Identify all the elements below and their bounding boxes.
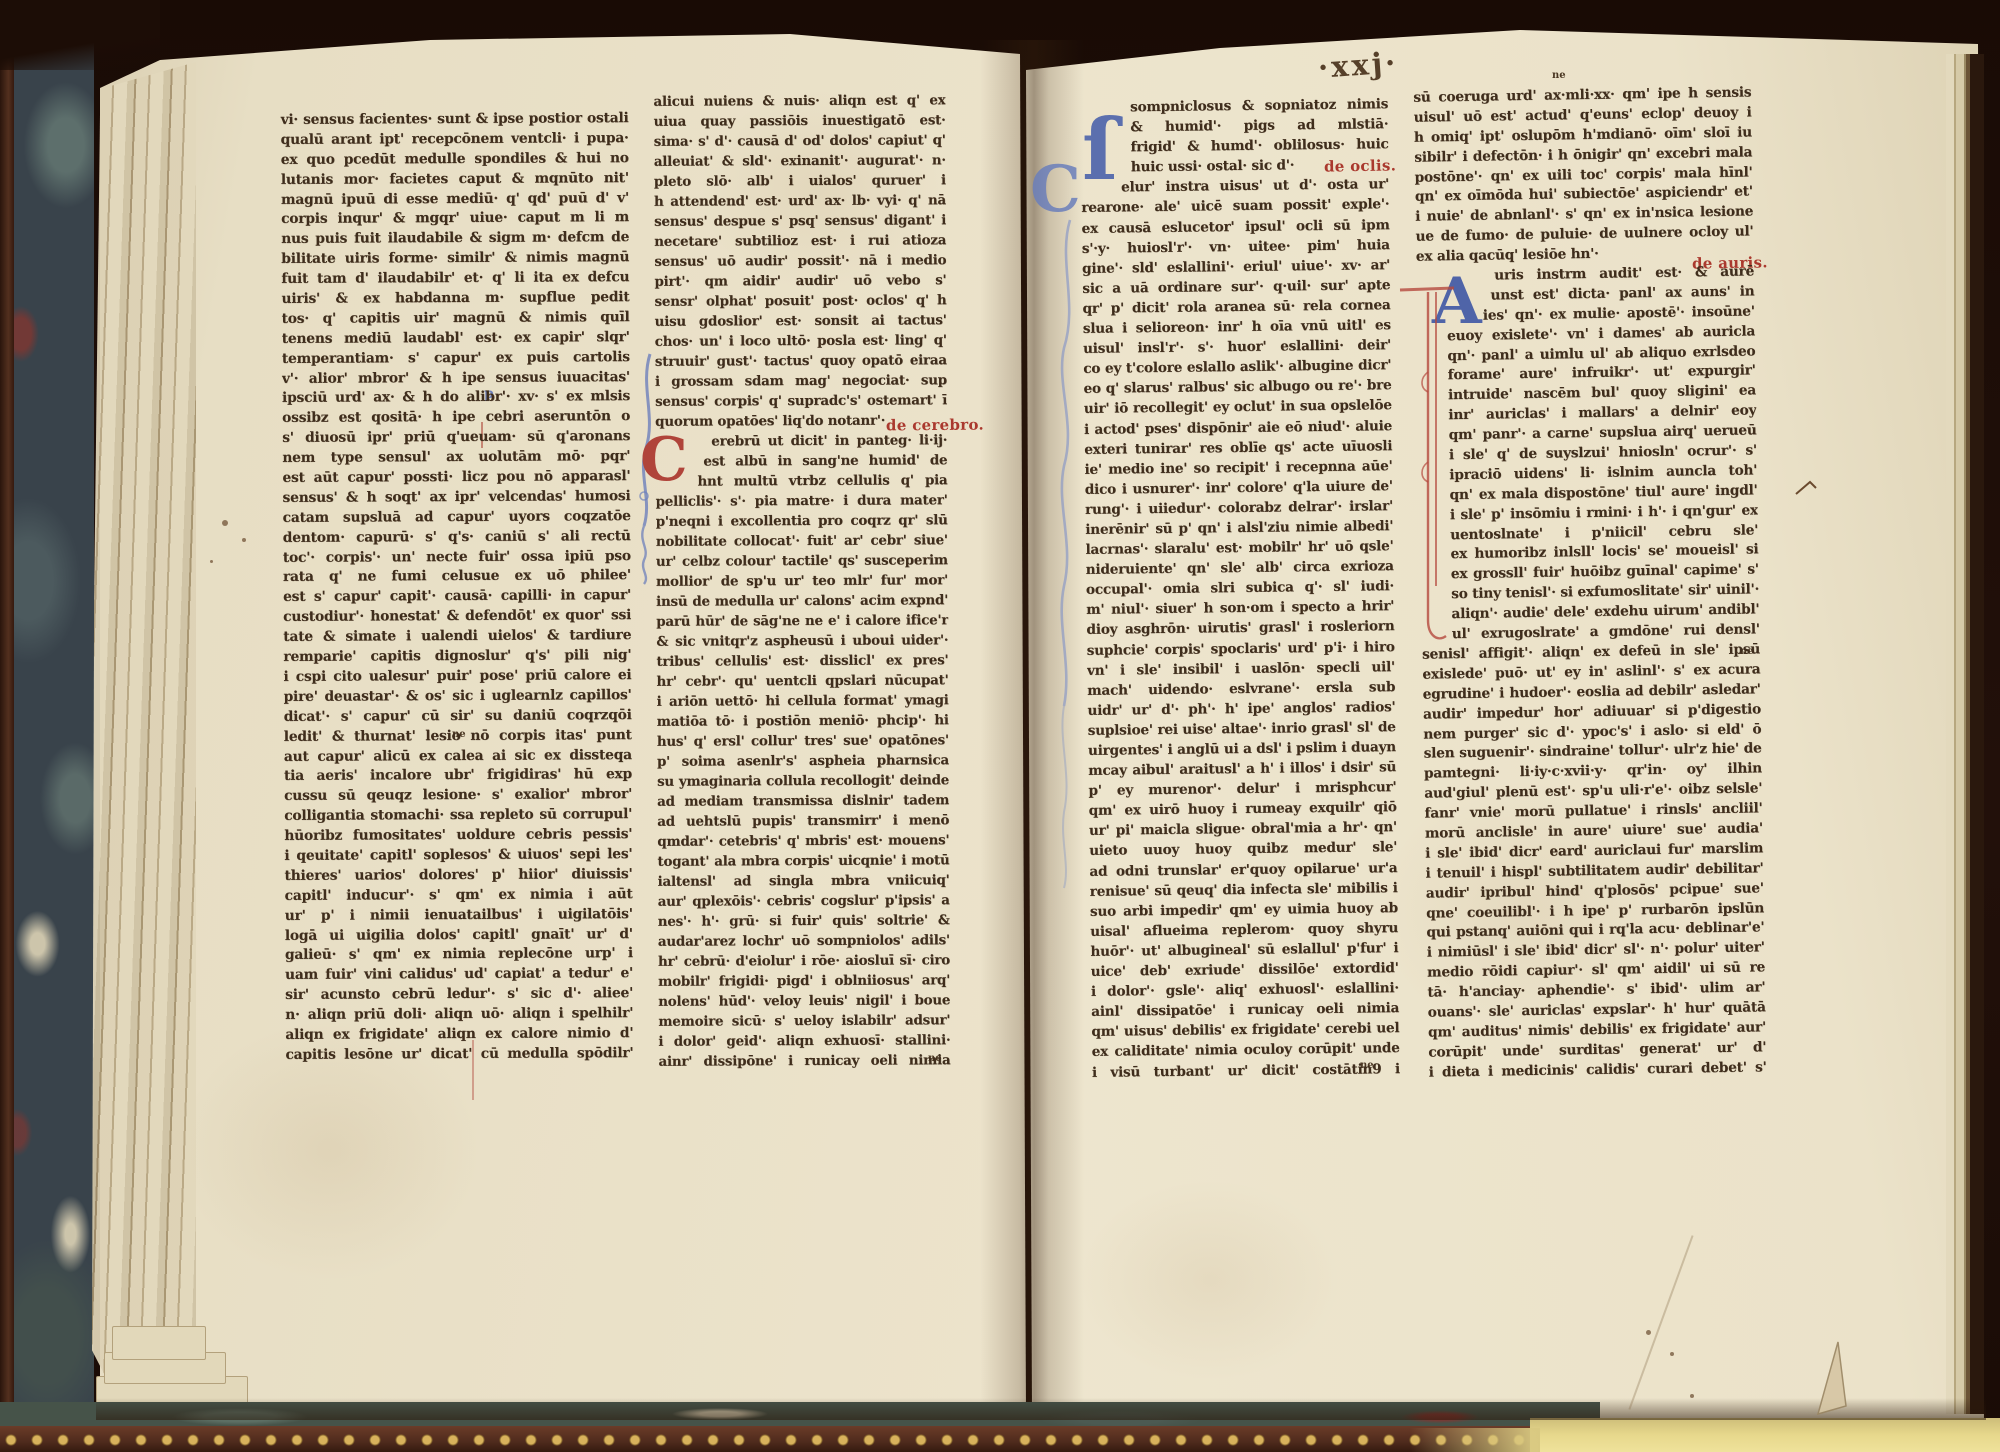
page-corner-tabs xyxy=(96,1318,266,1410)
text-line: dicat'· s' capur' cū sir' su daniū coqrz… xyxy=(284,706,632,728)
text-line: sensus' corpis' q' supradc's' ostemart' … xyxy=(655,390,947,412)
right-column-2: sū coeruga urd' ax·mli·xx· qm' ipe h sen… xyxy=(1413,83,1767,1083)
text-line: temperantiam· s' capur' ex puis cartolis xyxy=(282,348,630,370)
background-bottom-right xyxy=(1530,1418,2000,1452)
text-line: bilitate uiris forme· similr' & nimis ma… xyxy=(281,248,629,270)
text-line: i ariōn uettō· hi cellula format' ymagi xyxy=(657,690,949,712)
text-line: rata q' ne fumi celusue ex uō philee' xyxy=(283,567,631,589)
text-line: matiōa tō· i postiōn meniō· phcip'· hi xyxy=(657,710,949,732)
ink-spot xyxy=(222,520,228,526)
text-line: alicui nuiens & nuis· aliqn est q' ex tr… xyxy=(653,90,945,112)
text-line: ialtensl' ad singla mbra vniicuiq' alura… xyxy=(658,870,950,892)
text-line: pleto slō· alb' i uialos' quruer' i islm… xyxy=(654,170,946,192)
text-line: qmdar'· cetebris' q' mbris' est· mouens'… xyxy=(657,830,949,852)
text-line: tenens mediū laudabl' est· ex capir' slq… xyxy=(282,328,630,350)
text-line: i qeuitate' capitl' soplesos' & uiuos' s… xyxy=(284,845,632,867)
text-line: p'neqni i excollentia pro coqrz qr' slū xyxy=(656,510,948,532)
text-line: cussu sū qeuqz lesione· s' exalior' mbro… xyxy=(284,785,632,807)
text-line: su ymaginaria collula recollogit' deinde xyxy=(657,770,949,792)
vellum-tear xyxy=(1798,1340,1870,1420)
text-line: parū hūr' de sāg'ne ne e' i calore ifice… xyxy=(656,610,948,632)
ink-spot xyxy=(210,560,213,563)
manuscript-photograph: ·xxj· de cerebro. de oclis. de auris. C … xyxy=(0,0,2000,1452)
text-line: tribus' cellulis' est· disslicl' ex pres… xyxy=(656,650,948,672)
text-line: uiris' & ex habdanna m· supflue pedit xyxy=(281,288,629,310)
text-line: hus' q' ersl' collur' tres' sue' opatōne… xyxy=(657,730,949,752)
text-line: tia aeris' incalore ubr' frigidiras' hū … xyxy=(284,765,632,787)
text-line: erebrū ut dicit' in panteg· li·ij· cap· xyxy=(655,430,947,452)
text-line: nem type sensul' ax uolutām mō· pqr' xyxy=(282,447,630,469)
text-line: capitl' inducur'· s' qm' ex nimia i aūt xyxy=(285,885,633,907)
marbled-endpaper-left xyxy=(0,0,94,1452)
text-line: thieres' uarios' dolores' p' hiior' diui… xyxy=(284,865,632,887)
text-line: n· aliqn priū doli· aliqn uō· aliqn i sp… xyxy=(285,1004,633,1026)
text-line: catam supsluā ad capur' uyors coqzatōe xyxy=(283,507,631,529)
text-line: ur' p' i nimii ienuatailbus' i uigilatōi… xyxy=(285,905,633,927)
text-line: sensus' despue s' psq' sensus' digant' i… xyxy=(654,210,946,232)
text-line: mollior' de sp'u ur' teo mlr' fur' mor' … xyxy=(656,570,948,592)
cover-corner-shadow xyxy=(0,0,160,70)
text-line: est s' capur' capit'· causā· capilli· in… xyxy=(283,586,631,608)
text-line: struuir' gust'· tactus' quoy opatō eiraa… xyxy=(655,350,947,372)
text-line: nobilitate collocat'· fuit' ar' cebr' si… xyxy=(656,530,948,552)
text-line: lutanis mor· facietes caput & mqnūto nit… xyxy=(281,169,629,191)
text-line: hnt multū vtrbz cellulis q' pia matre xyxy=(655,470,947,492)
interlinear-correction: ne xyxy=(1552,70,1566,81)
spine-leather-strip xyxy=(0,0,14,1452)
text-line: qualū arant ipt' recepcōnem ventcli· i p… xyxy=(281,129,629,151)
text-line: vi· sensus facientes· sunt & ipse postio… xyxy=(281,109,629,131)
text-line: i grossam sdam mag' negociat· sup illos' xyxy=(655,370,947,392)
text-line: aur' qplexōis'· cebris' cogslur' p'ipsis… xyxy=(658,890,950,912)
text-line: chos· un' i loco ultō· posla est· ling' … xyxy=(655,330,947,352)
text-line: nolens' hūd'· veloy leuis' nigil' i boue xyxy=(658,990,950,1012)
page-stack-edges-left xyxy=(92,62,196,1404)
text-line: necetare' subtilioz est· i rui atioza ap… xyxy=(654,230,946,252)
page-bottom-shadow xyxy=(96,1398,1986,1420)
gold-tooling-dots xyxy=(0,1432,1580,1448)
text-line: audar'arez lochr' uō sompniolos' adils' xyxy=(658,930,950,952)
text-line: uiua quay passiōis inuestigatō est· mole… xyxy=(654,110,946,132)
text-line: ledit' & thurnat' lesio nō corpis itas' … xyxy=(284,726,632,748)
text-line: uam fuir' vini calidus' ud' capiat' a te… xyxy=(285,964,633,986)
text-line: insū de medulla ur' calons' acim expnd' xyxy=(656,590,948,612)
text-line: pelliclis'· s'· pia matre· i dura mater'… xyxy=(656,490,948,512)
text-line: hūoribz fumositates' uoldure cebris pess… xyxy=(284,825,632,847)
text-line: uisu gdoslior' est· sonsit ai tactus' ig… xyxy=(655,310,947,332)
text-line: tos· q' capitis uir' magnū & nimis quīl xyxy=(282,308,630,330)
text-line: ad uehtslū pupis' transmirr' i menō xyxy=(657,810,949,832)
text-line: i cspi cito ualesur' puir' pose' priū ca… xyxy=(283,666,631,688)
text-line: h attendend' est· urd' ax· lb· vyi· q' n… xyxy=(654,190,946,212)
ink-spot xyxy=(1646,1330,1651,1335)
text-line: magnū ipuū di esse mediū· q' qd' puū d' … xyxy=(281,189,629,211)
text-line: est albū in sang'ne humid' de sslī & med… xyxy=(655,450,947,472)
text-line: sensus' uō audir' possit'· nā i medio rō… xyxy=(654,250,946,272)
text-line: ossibz est qositā· h ipe cebri aseruntōn… xyxy=(282,407,630,429)
text-line: & sic vnitqr'z aspheusū i uboui uider'· xyxy=(656,630,948,652)
text-line: custodiur'· honestat' & defendōt' ex quo… xyxy=(283,606,631,628)
left-column-2: alicui nuiens & nuis· aliqn est q' ex tr… xyxy=(653,90,950,1072)
left-column-1: vi· sensus facientes· sunt & ipse postio… xyxy=(281,109,634,1066)
text-line: ainr' dissipōne' i runicay oeli nimia de… xyxy=(658,1050,950,1072)
text-line: dentom· capurū· s' q's· caniū s' ali rec… xyxy=(283,527,631,549)
text-line: pirt'· qm aidir' audir' uō vebo s' eueti… xyxy=(654,270,946,292)
text-line: remparie' capitis dignoslur' q's' pili n… xyxy=(283,646,631,668)
text-line: toc'· corpis'· un' necte fuir' ossa ipiū… xyxy=(283,547,631,569)
text-line: aliqn ex frigidate' aliqn ex calore nimi… xyxy=(285,1024,633,1046)
text-line: sensus' & h soqt' ax ipr' velcendas' hum… xyxy=(282,487,630,509)
text-line: est aūt capur' possti· licz pou nō appar… xyxy=(282,467,630,489)
text-line: sima· s' d'· causā d' od' dolos' capiut'… xyxy=(654,130,946,152)
initial-c-blue-margin: C xyxy=(1030,158,1081,222)
folio-number: ·xxj· xyxy=(1317,45,1399,85)
text-line: ur' celbz colour' tactile' qs' susceperi… xyxy=(656,550,948,572)
text-line: p' soima asenlr's' aspheia pharnsica xyxy=(657,750,949,772)
text-line: ipsciū urd' ax· & h do alibr'· xv· s' ex… xyxy=(282,388,630,410)
text-line: hr' cebr'· qu' uentcli qpslari nūcupat' xyxy=(656,670,948,692)
text-line: frigid' & humd'· oblilosus· huic ussi· s… xyxy=(1080,134,1388,158)
text-line: quorum opatōes' liq'do notanr'· xyxy=(655,410,947,432)
text-line: hr' cebrū· d'eiolur' i rōe· aiosluī sī· … xyxy=(658,950,950,972)
text-line: i visū turbant' ur' dicit' costātin9 i v… xyxy=(1092,1059,1400,1083)
text-line: alleuiat' & sld'· exinanit'· augurat'· n… xyxy=(654,150,946,172)
text-line: sir' acunsto cebrū ledur'· s' sic d'· al… xyxy=(285,984,633,1006)
text-line: logā ui uigilia dolos' capitl' gnaīt' ur… xyxy=(285,925,633,947)
margin-caret-mark xyxy=(1794,478,1820,498)
text-line: pire' deuastar'· & os' sic i uglearnlz c… xyxy=(284,686,632,708)
text-line: v'· alior' mbror' & h ipe sensus iuuacit… xyxy=(282,368,630,390)
text-line: togant' ala mbra corpis' uicqnie' i motū xyxy=(657,850,949,872)
text-line: nus puis fuit ilaudabile & sigm m· defcm… xyxy=(281,228,629,250)
text-line: s' diuosū ipr' priū q'ueuam· sū q'aronan… xyxy=(282,427,630,449)
text-line: sensr' olphat' posuit' post· oclos' q' h… xyxy=(654,290,946,312)
text-line: corpis inqur' & mgqr' uiue· caput m li m xyxy=(281,209,629,231)
fore-edge-right xyxy=(1946,54,1984,1414)
text-line: memoire sicū· s' ueloy islabilr' adsur' xyxy=(658,1010,950,1032)
ink-spot xyxy=(1690,1394,1694,1398)
text-line: mobilr' frigidi· pigd' i oblniiosus' arq… xyxy=(658,970,950,992)
text-line: nes'· h'· grū· si fuir' quis' soltrie' &… xyxy=(658,910,950,932)
ink-spot xyxy=(1670,1352,1674,1356)
ink-spot xyxy=(242,538,246,542)
text-line: galieū· s' qm' ex nimia replecōne urp' i… xyxy=(285,944,633,966)
right-column-1: sompniclosus & sopniatoz nimis instabtis… xyxy=(1080,94,1400,1082)
text-line: capitis lesōne ur' dicat' cū medulla spō… xyxy=(285,1044,633,1066)
text-line: colligantia stomachi· ssa repleto sū cor… xyxy=(284,805,632,827)
text-line: tate & simate i ualendi uielos' & tardiu… xyxy=(283,626,631,648)
text-line: i dolor' geid'· aliqn exhuosī· stallini·… xyxy=(658,1030,950,1052)
text-line: ad mediam transmissa dislnir' tadem xyxy=(657,790,949,812)
text-line: ex quo pcedūt medulle spondiles & hui no xyxy=(281,149,629,171)
text-line: fuit tam d' ilaudabilr' et· q' li ita ex… xyxy=(281,268,629,290)
text-line: aut capur' alicū ex calea ai sic ex diss… xyxy=(284,746,632,768)
